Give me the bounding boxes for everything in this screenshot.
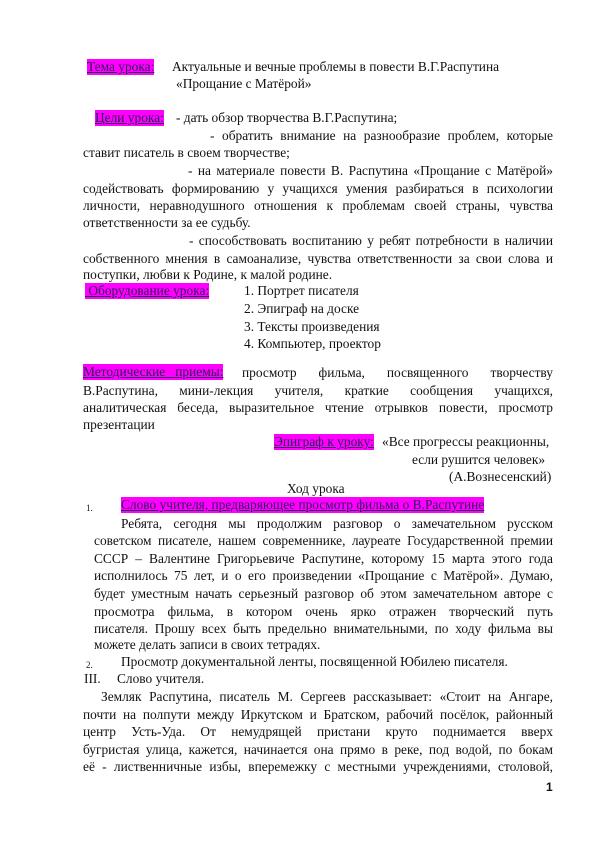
epigraph-line2: если рушится человек» (412, 452, 545, 468)
step-3-line: центр Усть-Уда. От немудрящей пристани к… (83, 723, 553, 741)
goal-1: - дать обзор творчества В.Г.Распутина; (176, 110, 397, 126)
methods-label: Методические приемы: (83, 364, 223, 380)
goals-label: Цели урока: (95, 110, 164, 126)
step-1-line: можете делать записи в своих тетрадях. (94, 637, 320, 653)
step-3-line: Земляк Распутина, писатель М. Сергеев ра… (83, 688, 553, 706)
goal-3-line3: личности, неравнодушного отношения к про… (83, 197, 553, 215)
equipment-item: 4. Компьютер, проектор (244, 336, 381, 352)
page-number: 1 (546, 780, 553, 794)
step-3-text: Слово учителя. (117, 671, 204, 687)
equipment-item: 1. Портрет писателя (244, 283, 359, 299)
epigraph-author: (А.Вознесенский) (449, 469, 551, 485)
step-3-number: III. (84, 671, 101, 687)
goal-4-line3: поступки, любви к Родине, к малой родине… (83, 267, 332, 283)
goal-4-start: - способствовать воспитанию у ребят потр… (83, 232, 553, 250)
methods-line1: просмотр фильма, посвященного творчеству (242, 364, 553, 382)
lesson-heading: Ход урока (287, 481, 345, 497)
methods-line4: презентации (83, 417, 155, 433)
step-1-line: СССР – Валентине Григорьевиче Распутине,… (94, 550, 553, 568)
topic-label: Тема урока: (87, 59, 154, 75)
methods-line3: аналитическая беседа, выразительное чтен… (83, 399, 553, 417)
step-1-line: Ребята, сегодня мы продолжим разговор о … (83, 515, 553, 533)
methods-line2: В.Распутина, мини-лекция учителя, кратки… (83, 382, 553, 400)
topic-title-continued: «Прощание с Матёрой» (176, 76, 311, 92)
equipment-label: Оборудование урока: (85, 283, 209, 299)
goal-4-line2: собственного мнения в самоанализе, чувст… (83, 250, 553, 268)
topic-title: Актуальные и вечные проблемы в повести В… (172, 59, 499, 75)
goal-3-line4: ответственности за ее судьбу. (83, 215, 251, 231)
step-1-number: 1. (86, 500, 93, 516)
step-3-line: почти на полпути между Иркутском и Братс… (83, 706, 553, 724)
goal-2-start: - обратить внимание на разнообразие проб… (83, 127, 553, 145)
step-1-title: Слово учителя, предваряющее просмотр фил… (121, 497, 484, 513)
step-2-text: Просмотр документальной ленты, посвященн… (121, 654, 508, 670)
epigraph-label: Эпиграф к уроку: (274, 434, 374, 450)
step-1-line: исполнилось 75 лет, и о его произведении… (94, 567, 553, 585)
step-1-line: советском писателе, нашем современнике, … (94, 532, 553, 550)
step-1-line: писателя. Прошу всех быть предельно вним… (94, 620, 553, 638)
epigraph-line1: «Все прогрессы реакционны, (382, 434, 549, 450)
step-1-line: будет уместным начать серьезный разговор… (94, 585, 553, 603)
goal-3-start: - на материале повести В. Распутина «Про… (83, 162, 553, 180)
equipment-item: 3. Тексты произведения (244, 319, 380, 335)
step-3-line: её - лиственничные избы, вперемежку с ме… (83, 758, 553, 776)
goal-2-end: ставит писатель в своем творчестве; (83, 145, 290, 161)
equipment-item: 2. Эпиграф на доске (244, 301, 359, 317)
step-1-line: просмотра фильма, в котором очень ярко о… (94, 603, 553, 621)
goal-3-line2: содействовать формированию у учащихся ум… (83, 180, 553, 198)
step-3-line: бугристая улица, кажется, начинается она… (83, 741, 553, 759)
